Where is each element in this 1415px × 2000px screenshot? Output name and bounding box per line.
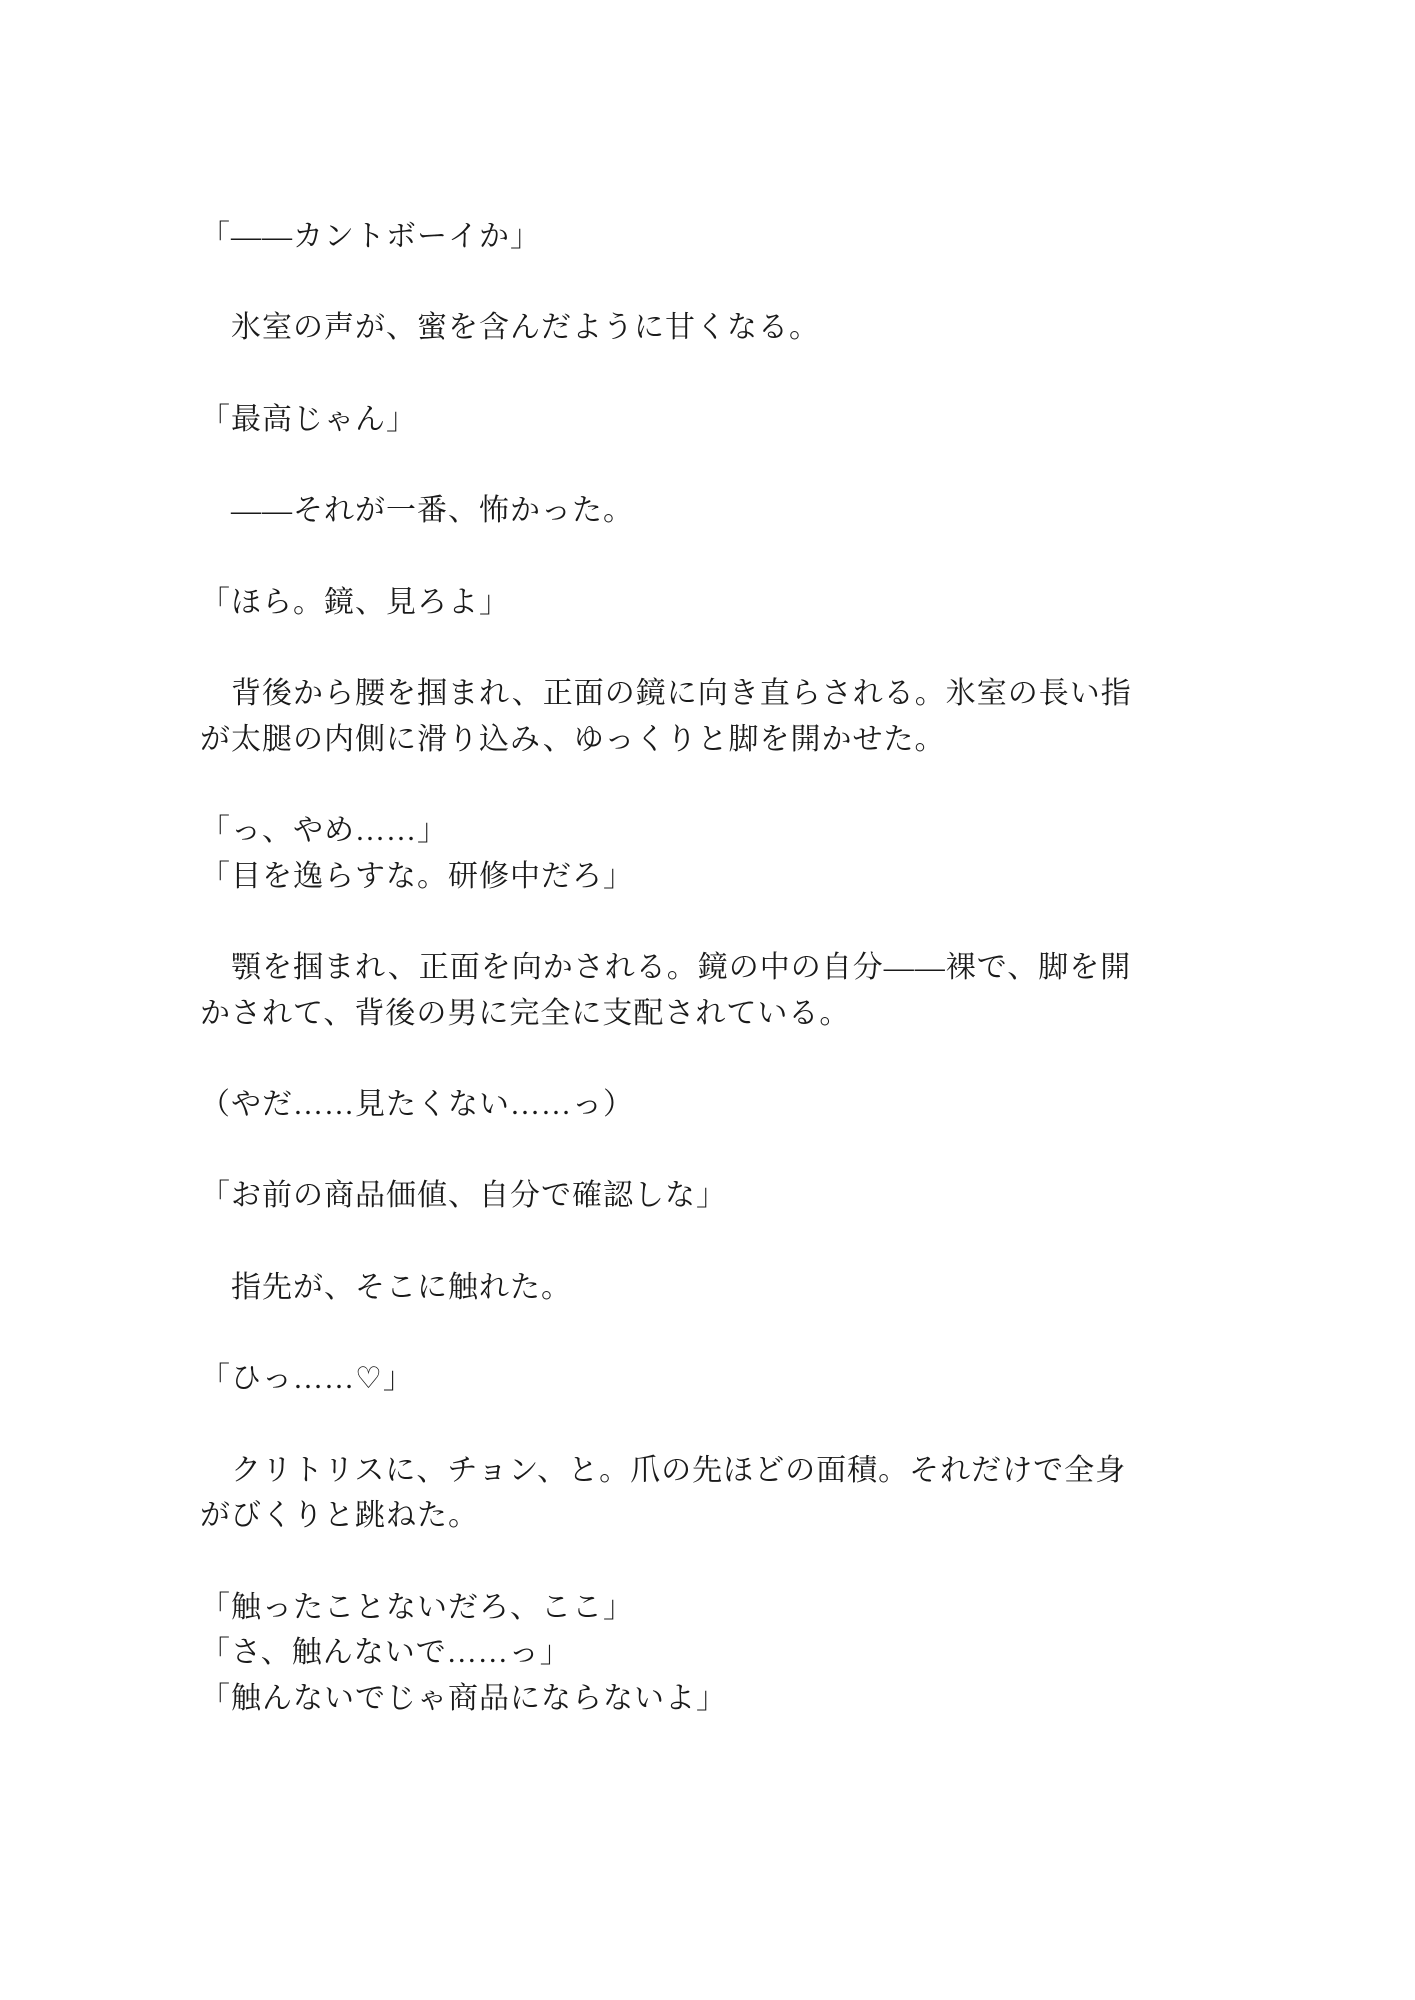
text-line: 「ひっ……♡」 [200,1356,1160,1402]
text-line: が太腿の内側に滑り込み、ゆっくりと脚を開かせた。 [200,717,1160,763]
text-line: かされて、背後の男に完全に支配されている。 [200,991,1160,1037]
paragraph: 「ひっ……♡」 [200,1356,1160,1402]
text-line: 「触んないでじゃ商品にならないよ」 [200,1676,1160,1722]
text-line: 氷室の声が、蜜を含んだように甘くなる。 [200,305,1160,351]
paragraph: 「お前の商品価値、自分で確認しな」 [200,1173,1160,1219]
paragraph: 指先が、そこに触れた。 [200,1265,1160,1311]
paragraph: 「最高じゃん」 [200,397,1160,443]
text-line: 「最高じゃん」 [200,397,1160,443]
paragraph: 「ほら。鏡、見ろよ」 [200,580,1160,626]
text-line: クリトリスに、チョン、と。爪の先ほどの面積。それだけで全身 [200,1448,1160,1494]
paragraph: 「っ、やめ……」 「目を逸らすな。研修中だろ」 [200,808,1160,899]
paragraph: 氷室の声が、蜜を含んだように甘くなる。 [200,305,1160,351]
paragraph: 「——カントボーイか」 [200,214,1160,260]
paragraph: 背後から腰を掴まれ、正面の鏡に向き直らされる。氷室の長い指 が太腿の内側に滑り込… [200,671,1160,762]
paragraph: 顎を掴まれ、正面を向かされる。鏡の中の自分——裸で、脚を開 かされて、背後の男に… [200,945,1160,1036]
paragraph: 「触ったことないだろ、ここ」 「さ、触んないで……っ」 「触んないでじゃ商品にな… [200,1585,1160,1722]
text-line: 背後から腰を掴まれ、正面の鏡に向き直らされる。氷室の長い指 [200,671,1160,717]
text-line: ——それが一番、怖かった。 [200,488,1160,534]
text-line: 「っ、やめ……」 [200,808,1160,854]
paragraph: （やだ……見たくない……っ） [200,1082,1160,1128]
text-line: （やだ……見たくない……っ） [200,1082,1160,1128]
text-body: 「——カントボーイか」 氷室の声が、蜜を含んだように甘くなる。 「最高じゃん」 … [200,214,1160,1722]
paragraph: クリトリスに、チョン、と。爪の先ほどの面積。それだけで全身 がびくりと跳ねた。 [200,1448,1160,1539]
text-line: 「ほら。鏡、見ろよ」 [200,580,1160,626]
text-line: 「——カントボーイか」 [200,214,1160,260]
text-line: 「触ったことないだろ、ここ」 [200,1585,1160,1631]
text-line: 顎を掴まれ、正面を向かされる。鏡の中の自分——裸で、脚を開 [200,945,1160,991]
text-line: がびくりと跳ねた。 [200,1493,1160,1539]
text-line: 「さ、触んないで……っ」 [200,1630,1160,1676]
document-page: 「——カントボーイか」 氷室の声が、蜜を含んだように甘くなる。 「最高じゃん」 … [0,0,1415,2000]
text-line: 「お前の商品価値、自分で確認しな」 [200,1173,1160,1219]
paragraph: ——それが一番、怖かった。 [200,488,1160,534]
text-line: 「目を逸らすな。研修中だろ」 [200,854,1160,900]
text-line: 指先が、そこに触れた。 [200,1265,1160,1311]
